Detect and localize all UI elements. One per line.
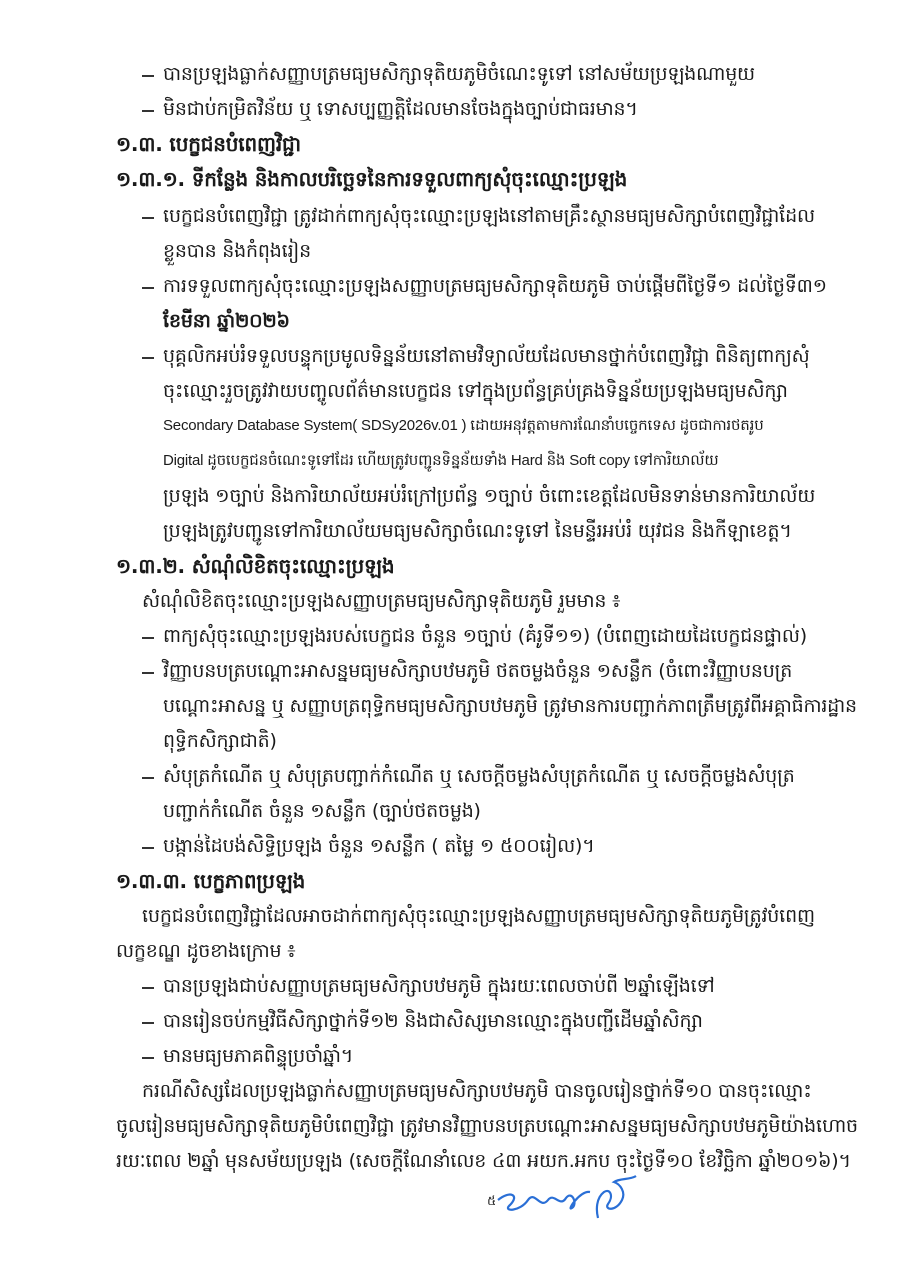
bullet-text: បុគ្គលិកអប់រំទទួលបន្ទុកប្រមូលទិន្នន័យនៅត…	[163, 342, 810, 370]
bullet-dash	[142, 1057, 154, 1059]
continuation-text: បញ្ជាក់កំណើត ចំនួន ១សន្លឹក (ច្បាប់ថតចម្ល…	[163, 797, 481, 825]
paragraph-text: ចូលរៀនមធ្យមសិក្សាទុតិយភូមិបំពេញវិជ្ជា ត្…	[116, 1112, 858, 1140]
bullet-text: ពាក្យសុំចុះឈ្មោះប្រឡងរបស់បេក្ខជន ចំនួន ១…	[163, 622, 807, 650]
continuation-text: ប្រឡងត្រូវបញ្ជូនទៅការិយាល័យមធ្យមសិក្សាចំ…	[163, 517, 792, 545]
bullet-dash	[142, 987, 154, 989]
bullet-text: មានមធ្យមភាគពិន្ទុប្រចាំឆ្នាំ។	[163, 1042, 353, 1070]
signature-icon	[480, 1170, 640, 1230]
subsection-heading: ១.៣.៣. បេក្ខភាពប្រឡង	[116, 867, 305, 895]
bullet-dash	[142, 847, 154, 849]
bullet-text: បង្កាន់ដៃបង់សិទ្ធិប្រឡង ចំនួន ១សន្លឹក ( …	[163, 832, 595, 860]
section-heading: ១.៣. បេក្ខជនបំពេញវិជ្ជា	[116, 130, 301, 158]
continuation-text: ពុទ្ធិកសិក្សាជាតិ)	[163, 727, 277, 755]
bullet-text: សំបុត្រកំណើត ឬ សំបុត្របញ្ជាក់កំណើត ឬ សេច…	[163, 762, 795, 790]
paragraph-text: លក្ខខណ្ឌ ដូចខាងក្រោម ៖	[116, 937, 295, 965]
continuation-text: ខ្លួនបាន និងកំពុងរៀន	[163, 237, 311, 265]
continuation-text: Secondary Database System( SDSy2026v.01 …	[163, 412, 764, 440]
bullet-dash	[142, 637, 154, 639]
bullet-dash	[142, 1022, 154, 1024]
bullet-text: បានប្រឡងធ្លាក់សញ្ញាបត្រមធ្យមសិក្សាទុតិយភ…	[163, 60, 755, 88]
paragraph-text: ករណីសិស្សដែលប្រឡងធ្លាក់សញ្ញាបត្រមធ្យមសិក…	[142, 1077, 812, 1105]
bullet-dash	[142, 672, 154, 674]
continuation-text: ខែមីនា ឆ្នាំ២០២៦	[163, 307, 290, 335]
paragraph-text: សំណុំលិខិតចុះឈ្មោះប្រឡងសញ្ញាបត្រមធ្យមសិក…	[142, 587, 620, 615]
bullet-dash	[142, 110, 154, 112]
bullet-dash	[142, 75, 154, 77]
document-page: បានប្រឡងធ្លាក់សញ្ញាបត្រមធ្យមសិក្សាទុតិយភ…	[0, 0, 904, 1280]
bullet-dash	[142, 357, 154, 359]
continuation-text: ចុះឈ្មោះរួចត្រូវវាយបញ្ចូលព័ត៌មានបេក្ខជន …	[163, 377, 788, 405]
bullet-text: បេក្ខជនបំពេញវិជ្ជា ត្រូវដាក់ពាក្យសុំចុះឈ…	[163, 202, 815, 230]
paragraph-text: បេក្ខជនបំពេញវិជ្ជាដែលអាចដាក់ពាក្យសុំចុះឈ…	[142, 902, 815, 930]
bullet-text: មិនជាប់កម្រិតវិន័យ ឬ ទោសប្បញ្ញត្តិដែលមាន…	[163, 95, 638, 123]
continuation-text: Digital ដូចបេក្ខជនចំណេះទូទៅដែរ ហើយត្រូវប…	[163, 447, 718, 475]
continuation-text: បណ្ដោះអាសន្ន ឬ សញ្ញាបត្រពុទ្ធិកមធ្យមសិក្…	[163, 692, 857, 720]
bullet-text: ការទទួលពាក្យសុំចុះឈ្មោះប្រឡងសញ្ញាបត្រមធ្…	[163, 272, 827, 300]
continuation-text: ប្រឡង ១ច្បាប់ និងការិយាល័យអប់រំក្រៅប្រព័…	[163, 482, 815, 510]
bullet-text: បានប្រឡងជាប់សញ្ញាបត្រមធ្យមសិក្សាបឋមភូមិ …	[163, 972, 715, 1000]
subsection-heading: ១.៣.១. ទីកន្លែង និងកាលបរិច្ឆេទនៃការទទួលព…	[116, 165, 627, 193]
subsection-heading: ១.៣.២. សំណុំលិខិតចុះឈ្មោះប្រឡង	[116, 552, 394, 580]
bullet-dash	[142, 287, 154, 289]
bullet-dash	[142, 777, 154, 779]
bullet-text: បានរៀនចប់កម្មវិធីសិក្សាថ្នាក់ទី១២ និងជាស…	[163, 1007, 703, 1035]
bullet-dash	[142, 217, 154, 219]
bullet-text: វិញ្ញាបនបត្របណ្ដោះអាសន្នមធ្យមសិក្សាបឋមភូ…	[163, 657, 792, 685]
